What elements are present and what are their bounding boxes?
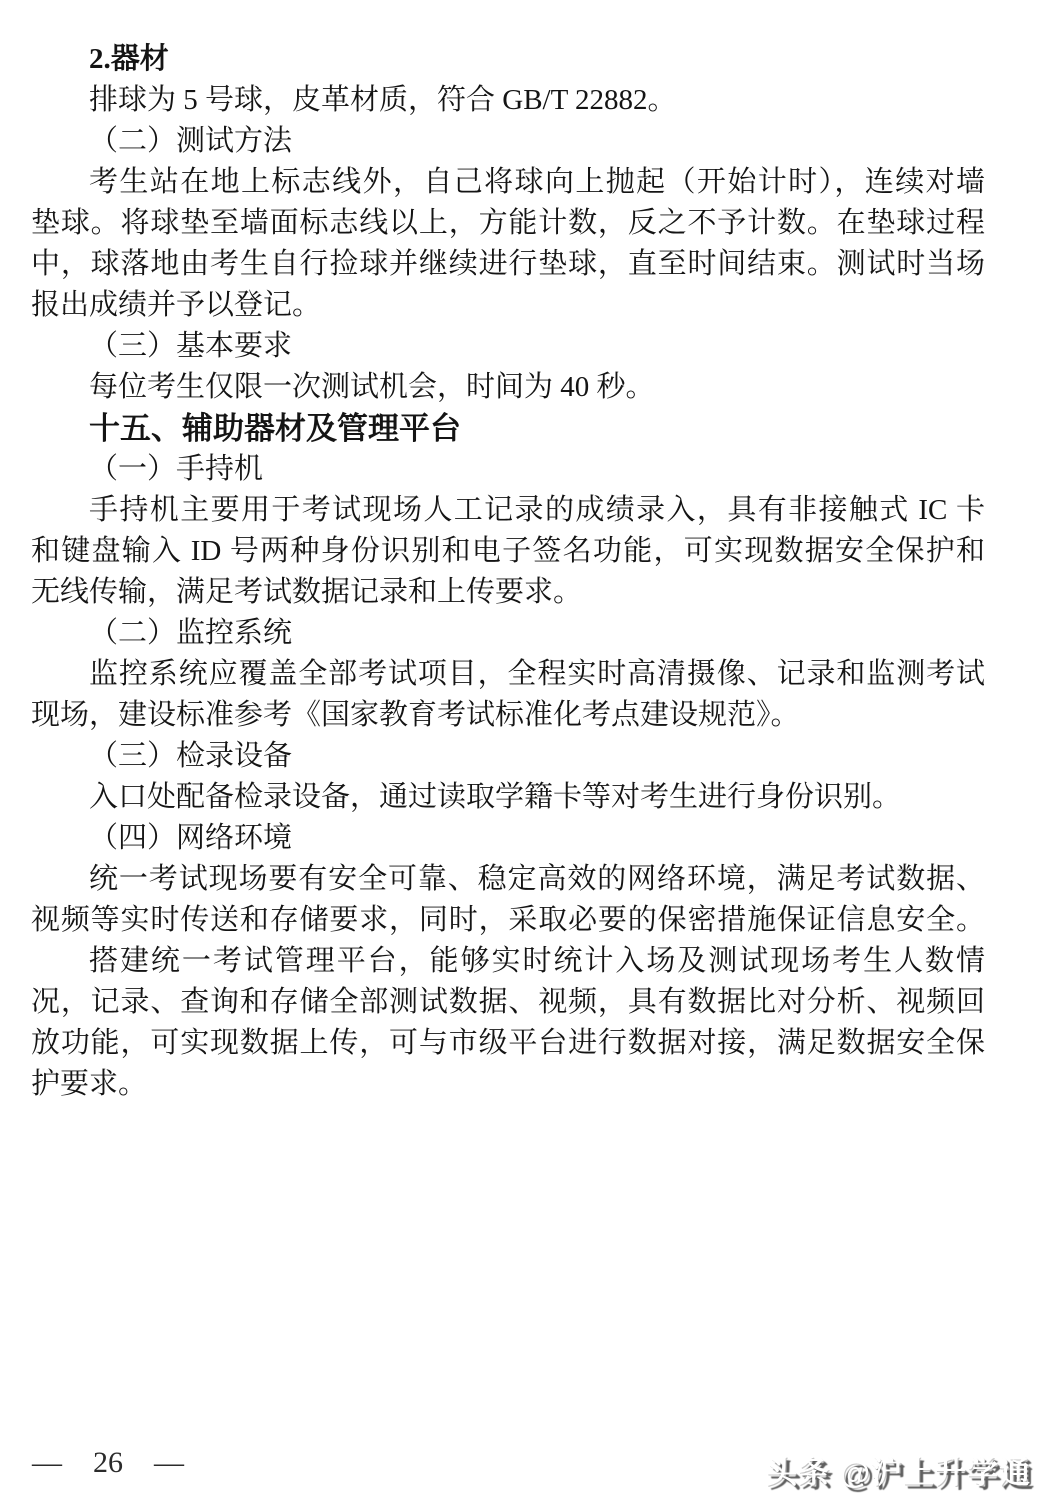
text-line: 统一考试现场要有安全可靠、稳定高效的网络环境，满足考试数据、 [31, 859, 985, 900]
text-line: 手持机主要用于考试现场人工记录的成绩录入，具有非接触式 IC 卡 [31, 490, 985, 531]
document-page: 2.器材 排球为 5 号球，皮革材质，符合 GB/T 22882。 （二）测试方… [0, 0, 1049, 1509]
sub-heading: （二）监控系统 [31, 613, 985, 654]
sub-heading: （一）手持机 [31, 449, 985, 490]
text-line: 况，记录、查询和存储全部测试数据、视频，具有数据比对分析、视频回 [31, 982, 985, 1023]
chapter-heading: 十五、辅助器材及管理平台 [31, 408, 985, 449]
text-line: 垫球。将球垫至墙面标志线以上，方能计数，反之不予计数。在垫球过程 [31, 203, 985, 244]
text-line: 放功能，可实现数据上传，可与市级平台进行数据对接，满足数据安全保 [31, 1023, 985, 1064]
sub-heading: （三）基本要求 [31, 326, 985, 367]
footer-left-dash: — [32, 1446, 62, 1480]
text-line: 排球为 5 号球，皮革材质，符合 GB/T 22882。 [31, 80, 985, 121]
text-line: 入口处配备检录设备，通过读取学籍卡等对考生进行身份识别。 [31, 777, 985, 818]
text-line: 搭建统一考试管理平台，能够实时统计入场及测试现场考生人数情 [31, 941, 985, 982]
text-line: 监控系统应覆盖全部考试项目，全程实时高清摄像、记录和监测考试 [31, 654, 985, 695]
text-line: 和键盘输入 ID 号两种身份识别和电子签名功能，可实现数据安全保护和 [31, 531, 985, 572]
text-line: 报出成绩并予以登记。 [31, 285, 985, 326]
text-line: 中，球落地由考生自行捡球并继续进行垫球，直至时间结束。测试时当场 [31, 244, 985, 285]
section-heading: 2.器材 [31, 39, 985, 80]
page-number: 26 [93, 1446, 123, 1480]
text-line: 每位考生仅限一次测试机会，时间为 40 秒。 [31, 367, 985, 408]
document-text: 2.器材 排球为 5 号球，皮革材质，符合 GB/T 22882。 （二）测试方… [31, 39, 985, 1105]
text-line: 无线传输，满足考试数据记录和上传要求。 [31, 572, 985, 613]
page-footer: — 26 — [32, 1446, 184, 1480]
text-line: 现场，建设标准参考《国家教育考试标准化考点建设规范》。 [31, 695, 985, 736]
text-line: 护要求。 [31, 1064, 985, 1105]
footer-right-dash: — [154, 1446, 184, 1480]
sub-heading: （三）检录设备 [31, 736, 985, 777]
sub-heading: （二）测试方法 [31, 121, 985, 162]
sub-heading: （四）网络环境 [31, 818, 985, 859]
text-line: 考生站在地上标志线外，自己将球向上抛起（开始计时），连续对墙 [31, 162, 985, 203]
text-line: 视频等实时传送和存储要求，同时，采取必要的保密措施保证信息安全。 [31, 900, 985, 941]
watermark: 头条 @沪上升学通 [766, 1447, 1031, 1492]
